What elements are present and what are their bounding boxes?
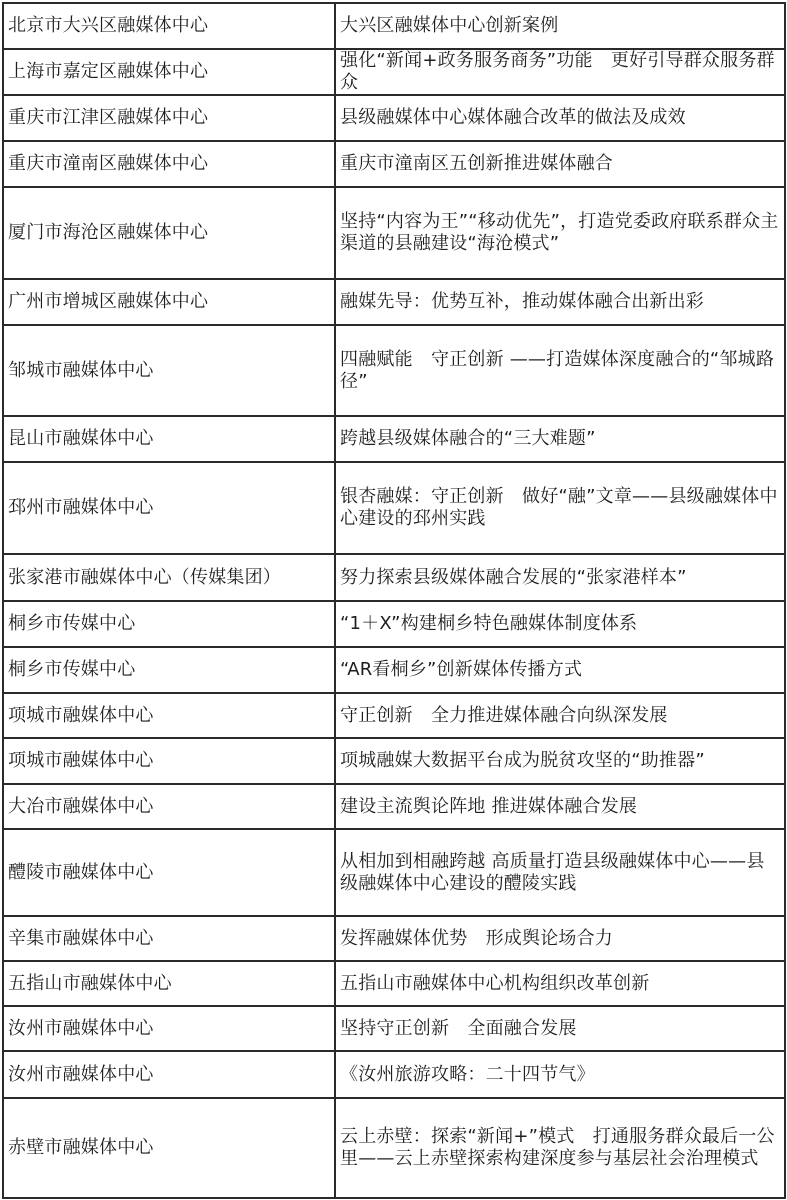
org-name-cell: 重庆市潼南区融媒体中心 bbox=[3, 141, 335, 187]
table-row: 重庆市江津区融媒体中心县级融媒体中心媒体融合改革的做法及成效 bbox=[3, 95, 785, 141]
table-row: 汝州市融媒体中心《汝州旅游攻略：二十四节气》 bbox=[3, 1051, 785, 1098]
case-title-cell: 坚持“内容为王”“移动优先”，打造党委政府联系群众主渠道的县融建设“海沧模式” bbox=[335, 187, 785, 279]
org-name-cell: 广州市增城区融媒体中心 bbox=[3, 279, 335, 325]
case-title-cell: 发挥融媒体优势 形成舆论场合力 bbox=[335, 916, 785, 961]
case-title-cell: 从相加到相融跨越 高质量打造县级融媒体中心——县级融媒体中心建设的醴陵实践 bbox=[335, 829, 785, 916]
table-row: 辛集市融媒体中心发挥融媒体优势 形成舆论场合力 bbox=[3, 916, 785, 961]
table-row: 昆山市融媒体中心跨越县级媒体融合的“三大难题” bbox=[3, 416, 785, 462]
case-title-cell: “1＋X”构建桐乡特色融媒体制度体系 bbox=[335, 601, 785, 647]
org-name-cell: 邹城市融媒体中心 bbox=[3, 325, 335, 416]
table-row: 厦门市海沧区融媒体中心坚持“内容为王”“移动优先”，打造党委政府联系群众主渠道的… bbox=[3, 187, 785, 279]
org-name-cell: 项城市融媒体中心 bbox=[3, 738, 335, 784]
case-title-cell: 努力探索县级媒体融合发展的“张家港样本” bbox=[335, 554, 785, 601]
case-title-cell: 县级融媒体中心媒体融合改革的做法及成效 bbox=[335, 95, 785, 141]
org-name-cell: 上海市嘉定区融媒体中心 bbox=[3, 49, 335, 95]
case-title-cell: 四融赋能 守正创新 ——打造媒体深度融合的“邹城路径” bbox=[335, 325, 785, 416]
case-title-cell: “AR看桐乡”创新媒体传播方式 bbox=[335, 647, 785, 693]
case-title-cell: 重庆市潼南区五创新推进媒体融合 bbox=[335, 141, 785, 187]
table-row: 项城市融媒体中心项城融媒大数据平台成为脱贫攻坚的“助推器” bbox=[3, 738, 785, 784]
case-title-cell: 建设主流舆论阵地 推进媒体融合发展 bbox=[335, 784, 785, 829]
case-table-container: 北京市大兴区融媒体中心大兴区融媒体中心创新案例上海市嘉定区融媒体中心强化“新闻+… bbox=[2, 2, 786, 1199]
table-row: 桐乡市传媒中心“AR看桐乡”创新媒体传播方式 bbox=[3, 647, 785, 693]
table-row: 五指山市融媒体中心五指山市融媒体中心机构组织改革创新 bbox=[3, 961, 785, 1006]
case-title-cell: 五指山市融媒体中心机构组织改革创新 bbox=[335, 961, 785, 1006]
table-body: 北京市大兴区融媒体中心大兴区融媒体中心创新案例上海市嘉定区融媒体中心强化“新闻+… bbox=[3, 3, 785, 1198]
table-row: 汝州市融媒体中心坚持守正创新 全面融合发展 bbox=[3, 1006, 785, 1051]
table-row: 张家港市融媒体中心（传媒集团）努力探索县级媒体融合发展的“张家港样本” bbox=[3, 554, 785, 601]
org-name-cell: 汝州市融媒体中心 bbox=[3, 1051, 335, 1098]
table-row: 重庆市潼南区融媒体中心重庆市潼南区五创新推进媒体融合 bbox=[3, 141, 785, 187]
case-title-cell: 坚持守正创新 全面融合发展 bbox=[335, 1006, 785, 1051]
case-title-cell: 强化“新闻+政务服务商务”功能 更好引导群众服务群众 bbox=[335, 49, 785, 95]
table-row: 桐乡市传媒中心“1＋X”构建桐乡特色融媒体制度体系 bbox=[3, 601, 785, 647]
table-row: 邳州市融媒体中心银杏融媒：守正创新 做好“融”文章——县级融媒体中心建设的邳州实… bbox=[3, 462, 785, 554]
table-row: 项城市融媒体中心守正创新 全力推进媒体融合向纵深发展 bbox=[3, 693, 785, 738]
org-name-cell: 厦门市海沧区融媒体中心 bbox=[3, 187, 335, 279]
table-row: 赤壁市融媒体中心云上赤壁：探索“新闻+”模式 打通服务群众最后一公里——云上赤壁… bbox=[3, 1098, 785, 1198]
org-name-cell: 赤壁市融媒体中心 bbox=[3, 1098, 335, 1198]
org-name-cell: 邳州市融媒体中心 bbox=[3, 462, 335, 554]
table-row: 邹城市融媒体中心四融赋能 守正创新 ——打造媒体深度融合的“邹城路径” bbox=[3, 325, 785, 416]
case-title-cell: 大兴区融媒体中心创新案例 bbox=[335, 3, 785, 49]
org-name-cell: 重庆市江津区融媒体中心 bbox=[3, 95, 335, 141]
table-row: 大冶市融媒体中心建设主流舆论阵地 推进媒体融合发展 bbox=[3, 784, 785, 829]
case-title-cell: 融媒先导：优势互补，推动媒体融合出新出彩 bbox=[335, 279, 785, 325]
org-name-cell: 项城市融媒体中心 bbox=[3, 693, 335, 738]
case-title-cell: 云上赤壁：探索“新闻+”模式 打通服务群众最后一公里——云上赤壁探索构建深度参与… bbox=[335, 1098, 785, 1198]
case-title-cell: 银杏融媒：守正创新 做好“融”文章——县级融媒体中心建设的邳州实践 bbox=[335, 462, 785, 554]
table-row: 北京市大兴区融媒体中心大兴区融媒体中心创新案例 bbox=[3, 3, 785, 49]
org-name-cell: 辛集市融媒体中心 bbox=[3, 916, 335, 961]
table-row: 上海市嘉定区融媒体中心强化“新闻+政务服务商务”功能 更好引导群众服务群众 bbox=[3, 49, 785, 95]
org-name-cell: 五指山市融媒体中心 bbox=[3, 961, 335, 1006]
org-name-cell: 醴陵市融媒体中心 bbox=[3, 829, 335, 916]
case-title-cell: 守正创新 全力推进媒体融合向纵深发展 bbox=[335, 693, 785, 738]
org-name-cell: 张家港市融媒体中心（传媒集团） bbox=[3, 554, 335, 601]
table-row: 广州市增城区融媒体中心融媒先导：优势互补，推动媒体融合出新出彩 bbox=[3, 279, 785, 325]
org-name-cell: 汝州市融媒体中心 bbox=[3, 1006, 335, 1051]
media-center-cases-table: 北京市大兴区融媒体中心大兴区融媒体中心创新案例上海市嘉定区融媒体中心强化“新闻+… bbox=[2, 2, 786, 1199]
org-name-cell: 桐乡市传媒中心 bbox=[3, 601, 335, 647]
org-name-cell: 桐乡市传媒中心 bbox=[3, 647, 335, 693]
org-name-cell: 北京市大兴区融媒体中心 bbox=[3, 3, 335, 49]
case-title-cell: 跨越县级媒体融合的“三大难题” bbox=[335, 416, 785, 462]
case-title-cell: 《汝州旅游攻略：二十四节气》 bbox=[335, 1051, 785, 1098]
org-name-cell: 昆山市融媒体中心 bbox=[3, 416, 335, 462]
org-name-cell: 大冶市融媒体中心 bbox=[3, 784, 335, 829]
case-title-cell: 项城融媒大数据平台成为脱贫攻坚的“助推器” bbox=[335, 738, 785, 784]
table-row: 醴陵市融媒体中心从相加到相融跨越 高质量打造县级融媒体中心——县级融媒体中心建设… bbox=[3, 829, 785, 916]
